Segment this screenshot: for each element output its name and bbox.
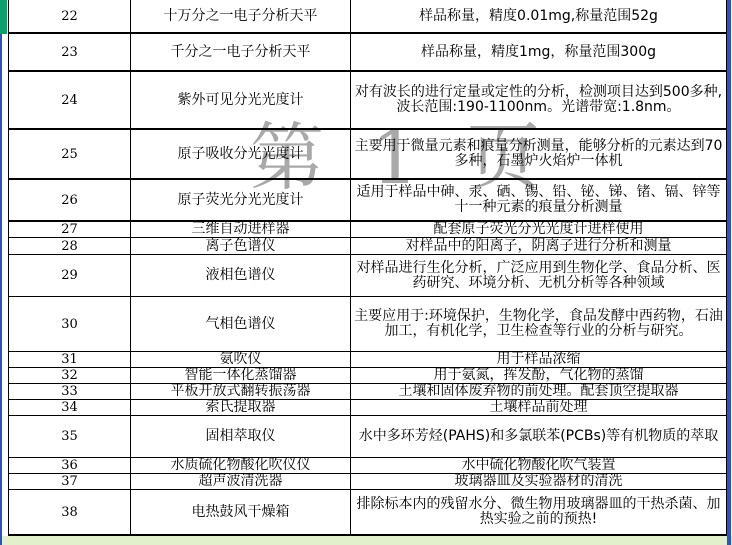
next-page-band bbox=[0, 536, 732, 545]
cell-description[interactable]: 配套原子荧光分光光度计进样使用 bbox=[351, 222, 727, 237]
cell-row-number[interactable]: 28 bbox=[9, 238, 131, 254]
cell-description[interactable]: 用于样品浓缩 bbox=[351, 352, 727, 367]
cell-equipment-name[interactable]: 离子色谱仪 bbox=[131, 238, 351, 254]
page-break-left-line bbox=[0, 34, 2, 545]
cell-equipment-name[interactable]: 索氏提取器 bbox=[131, 400, 351, 415]
cell-equipment-name[interactable]: 原子荧光分光光度计 bbox=[131, 180, 351, 220]
cell-description[interactable]: 水中多环芳烃(PAHS)和多氯联苯(PCBs)等有机物质的萃取 bbox=[351, 416, 727, 457]
table-row: 25 原子吸收分光光度计 主要用于微量元素和痕量分析测量，能够分析的元素达到70… bbox=[9, 130, 727, 180]
table-row: 23 千分之一电子分析天平 样品称量，精度1mg，称量范围300g bbox=[9, 34, 727, 72]
cell-description[interactable]: 排除标本内的残留水分、微生物用玻璃器皿的干热杀菌、加热实验之前的预热! bbox=[351, 490, 727, 534]
cell-row-number[interactable]: 37 bbox=[9, 474, 131, 489]
cell-row-number[interactable]: 22 bbox=[9, 0, 131, 32]
cell-equipment-name[interactable]: 水质硫化物酸化吹仪仪 bbox=[131, 458, 351, 473]
page-break-right-bar bbox=[727, 0, 731, 545]
table-row: 32 智能一体化蒸馏器 用于氨氮，挥发酚，气化物的蒸馏 bbox=[9, 368, 727, 384]
frozen-pane-strip bbox=[0, 0, 7, 34]
table-row: 28 离子色谱仪 对样品中的阳离子，阴离子进行分析和测量 bbox=[9, 238, 727, 255]
table-row: 26 原子荧光分光光度计 适用于样品中砷、汞、硒、锡、铅、铋、锑、锗、镉、锌等十… bbox=[9, 180, 727, 222]
table-row: 30 气相色谱仪 主要应用于:环境保护，生物化学，食品发酵中西药物，石油加工，有… bbox=[9, 297, 727, 352]
table-row: 22 十万分之一电子分析天平 样品称量，精度0.01mg,称量范围52g bbox=[9, 0, 727, 34]
cell-description[interactable]: 对样品中的阳离子，阴离子进行分析和测量 bbox=[351, 238, 727, 254]
cell-description[interactable]: 主要应用于:环境保护，生物化学，食品发酵中西药物，石油加工，有机化学，卫生检查等… bbox=[351, 297, 727, 351]
cell-row-number[interactable]: 25 bbox=[9, 130, 131, 178]
cell-description[interactable]: 主要用于微量元素和痕量分析测量，能够分析的元素达到70多种，石墨炉火焰炉一体机 bbox=[351, 130, 727, 178]
table-row: 35 固相萃取仪 水中多环芳烃(PAHS)和多氯联苯(PCBs)等有机物质的萃取 bbox=[9, 416, 727, 458]
table-row: 27 三维自动进样器 配套原子荧光分光光度计进样使用 bbox=[9, 222, 727, 238]
cell-row-number[interactable]: 32 bbox=[9, 368, 131, 383]
cell-equipment-name[interactable]: 千分之一电子分析天平 bbox=[131, 34, 351, 70]
cell-row-number[interactable]: 31 bbox=[9, 352, 131, 367]
table-row: 37 超声波清洗器 玻璃器皿及实验器材的清洗 bbox=[9, 474, 727, 490]
table-row: 24 紫外可见分光光度计 对有波长的进行定量或定性的分析，检测项目达到500多种… bbox=[9, 72, 727, 130]
cell-row-number[interactable]: 24 bbox=[9, 72, 131, 128]
cell-equipment-name[interactable]: 平板开放式翻转振荡器 bbox=[131, 384, 351, 399]
cell-description[interactable]: 水中硫化物酸化吹气装置 bbox=[351, 458, 727, 473]
cell-description[interactable]: 土壤和固体废弃物的前处理。配套顶空提取器 bbox=[351, 384, 727, 399]
cell-description[interactable]: 土壤样品前处理 bbox=[351, 400, 727, 415]
cell-equipment-name[interactable]: 智能一体化蒸馏器 bbox=[131, 368, 351, 383]
cell-equipment-name[interactable]: 气相色谱仪 bbox=[131, 297, 351, 351]
cell-equipment-name[interactable]: 超声波清洗器 bbox=[131, 474, 351, 489]
cell-description[interactable]: 样品称量，精度1mg，称量范围300g bbox=[351, 34, 727, 70]
cell-description[interactable]: 样品称量，精度0.01mg,称量范围52g bbox=[351, 0, 727, 32]
spreadsheet-preview-page: 第 1 页 22 十万分之一电子分析天平 样品称量，精度0.01mg,称量范围5… bbox=[0, 0, 732, 545]
cell-description[interactable]: 适用于样品中砷、汞、硒、锡、铅、铋、锑、锗、镉、锌等十一种元素的痕量分析测量 bbox=[351, 180, 727, 220]
cell-row-number[interactable]: 26 bbox=[9, 180, 131, 220]
table-row: 29 液相色谱仪 对样品进行生化分析，广泛应用到生物化学、食品分析、医药研究、环… bbox=[9, 255, 727, 297]
cell-equipment-name[interactable]: 原子吸收分光光度计 bbox=[131, 130, 351, 178]
table-row: 31 氨吹仪 用于样品浓缩 bbox=[9, 352, 727, 368]
cell-row-number[interactable]: 29 bbox=[9, 255, 131, 296]
cell-row-number[interactable]: 36 bbox=[9, 458, 131, 473]
table-row: 34 索氏提取器 土壤样品前处理 bbox=[9, 400, 727, 416]
cell-description[interactable]: 用于氨氮，挥发酚，气化物的蒸馏 bbox=[351, 368, 727, 383]
cell-equipment-name[interactable]: 固相萃取仪 bbox=[131, 416, 351, 457]
cell-equipment-name[interactable]: 电热鼓风干燥箱 bbox=[131, 490, 351, 534]
cell-equipment-name[interactable]: 氨吹仪 bbox=[131, 352, 351, 367]
table-row: 38 电热鼓风干燥箱 排除标本内的残留水分、微生物用玻璃器皿的干热杀菌、加热实验… bbox=[9, 490, 727, 536]
cell-equipment-name[interactable]: 三维自动进样器 bbox=[131, 222, 351, 237]
cell-row-number[interactable]: 35 bbox=[9, 416, 131, 457]
cell-row-number[interactable]: 33 bbox=[9, 384, 131, 399]
cell-row-number[interactable]: 30 bbox=[9, 297, 131, 351]
cell-row-number[interactable]: 23 bbox=[9, 34, 131, 70]
table-row: 33 平板开放式翻转振荡器 土壤和固体废弃物的前处理。配套顶空提取器 bbox=[9, 384, 727, 400]
cell-description[interactable]: 玻璃器皿及实验器材的清洗 bbox=[351, 474, 727, 489]
cell-equipment-name[interactable]: 液相色谱仪 bbox=[131, 255, 351, 296]
cell-description[interactable]: 对样品进行生化分析，广泛应用到生物化学、食品分析、医药研究、环境分析、无机分析等… bbox=[351, 255, 727, 296]
cell-equipment-name[interactable]: 紫外可见分光光度计 bbox=[131, 72, 351, 128]
cell-row-number[interactable]: 27 bbox=[9, 222, 131, 237]
equipment-table: 22 十万分之一电子分析天平 样品称量，精度0.01mg,称量范围52g 23 … bbox=[8, 0, 727, 536]
cell-description[interactable]: 对有波长的进行定量或定性的分析，检测项目达到500多种,波长范围:190-110… bbox=[351, 72, 727, 128]
cell-row-number[interactable]: 38 bbox=[9, 490, 131, 534]
table-row: 36 水质硫化物酸化吹仪仪 水中硫化物酸化吹气装置 bbox=[9, 458, 727, 474]
cell-row-number[interactable]: 34 bbox=[9, 400, 131, 415]
cell-equipment-name[interactable]: 十万分之一电子分析天平 bbox=[131, 0, 351, 32]
